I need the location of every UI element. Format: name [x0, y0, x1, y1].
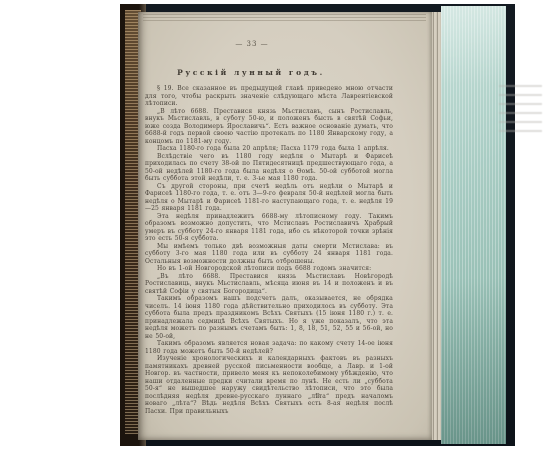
signature-mark: 3: [316, 393, 320, 400]
fore-edge-pages: [432, 12, 441, 440]
paragraph: Такимъ образомъ является новая задача: п…: [145, 340, 393, 355]
chapter-title: Русскій лунный годъ.: [138, 68, 364, 77]
paragraph: Изученіе хронологическихъ и календарныхъ…: [145, 355, 393, 415]
paragraph: Мы имѣемъ только двѣ возможныя даты смер…: [145, 243, 393, 266]
margin-text-artifact: [499, 85, 542, 135]
paragraph: § 19. Все сказанное въ предыдущей главѣ …: [145, 85, 393, 108]
paragraph: „Въ лѣто 6688. Преставися князь Мьстисла…: [145, 273, 393, 296]
paragraph: Съ другой стороны, при счетѣ недѣль отъ …: [145, 183, 393, 213]
page-body: § 19. Все сказанное въ предыдущей главѣ …: [145, 85, 393, 415]
paragraph: Такимъ образомъ нашъ подсчетъ далъ, оказ…: [145, 295, 393, 340]
book-photo: — 33 — Русскій лунный годъ. § 19. Все ск…: [120, 4, 515, 446]
page-top-edges: [143, 14, 426, 22]
paragraph: Вслѣдствіе чего въ 1180 году недѣля о Мы…: [145, 153, 393, 183]
paragraph: „В лѣто 6688. Преставися князь Мьстислав…: [145, 108, 393, 146]
page-number: — 33 —: [138, 40, 366, 48]
paragraph: Но въ 1-ой Новгородской лѣтописи подъ 66…: [145, 265, 393, 273]
cover-cloth-edge: [441, 6, 506, 444]
paragraph: Пасха 1180-го года была 20 апрѣля; Пасха…: [145, 145, 393, 153]
paragraph: Эта недѣля принадлежитъ 6688-му лѣтописн…: [145, 213, 393, 243]
book-page: — 33 — Русскій лунный годъ. § 19. Все ск…: [138, 12, 432, 440]
photo-canvas: — 33 — Русскій лунный годъ. § 19. Все ск…: [0, 0, 550, 450]
